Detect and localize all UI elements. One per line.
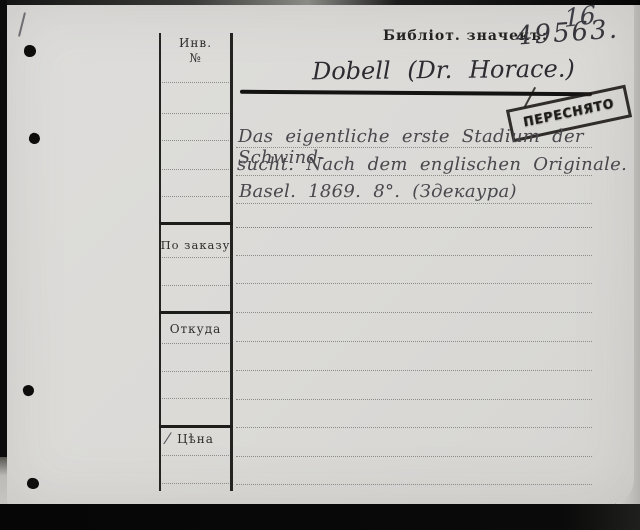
punch-hole (24, 45, 36, 57)
dotted-line (162, 483, 229, 484)
dotted-line (162, 113, 229, 114)
dotted-line (162, 82, 229, 83)
entry-line-3: Basel. 1869. 8°. (Здекаура) (239, 181, 517, 202)
inventory-label-line2: № (189, 51, 201, 65)
scanned-catalog-card: Инв. № По заказу Откуда Цѣна / Библіот. … (0, 0, 640, 530)
origin-label: Откуда (160, 322, 231, 337)
dotted-line (236, 370, 592, 371)
dotted-line (162, 371, 229, 372)
dotted-line (236, 255, 592, 256)
dotted-line (236, 456, 592, 457)
author-heading: Dobell (Dr. Horace.) (312, 55, 575, 86)
scan-left-edge (0, 0, 7, 457)
page-number: 16 (564, 0, 596, 33)
section-divider (159, 311, 233, 314)
section-divider (159, 425, 233, 428)
dotted-line (236, 312, 592, 313)
scan-left-edge-fade (0, 457, 7, 504)
scan-bottom-edge (0, 504, 640, 530)
inventory-label-line1: Инв. (179, 36, 212, 50)
dotted-line (162, 398, 229, 399)
inventory-number-label: Инв. № (160, 36, 231, 66)
dotted-line (162, 169, 229, 170)
dotted-line (236, 227, 592, 228)
price-label: Цѣна (160, 432, 231, 447)
dotted-line (236, 484, 592, 485)
dotted-line (236, 283, 592, 284)
dotted-line (162, 257, 229, 258)
column-rule-right (230, 33, 233, 491)
dotted-line (236, 341, 592, 342)
dotted-line (162, 140, 229, 141)
dotted-line (236, 427, 592, 428)
dotted-line (162, 196, 229, 197)
scan-top-edge (0, 0, 640, 5)
section-divider (159, 222, 233, 225)
dotted-line (236, 175, 592, 176)
entry-line-2: sucht. Nach dem englischen Originale. (237, 154, 627, 175)
dotted-line (236, 203, 592, 204)
dotted-line (236, 399, 592, 400)
order-label: По заказу (160, 238, 231, 253)
column-rule-left (159, 33, 161, 491)
dotted-line (162, 285, 229, 286)
dotted-line (162, 343, 229, 344)
dotted-line (162, 455, 229, 456)
